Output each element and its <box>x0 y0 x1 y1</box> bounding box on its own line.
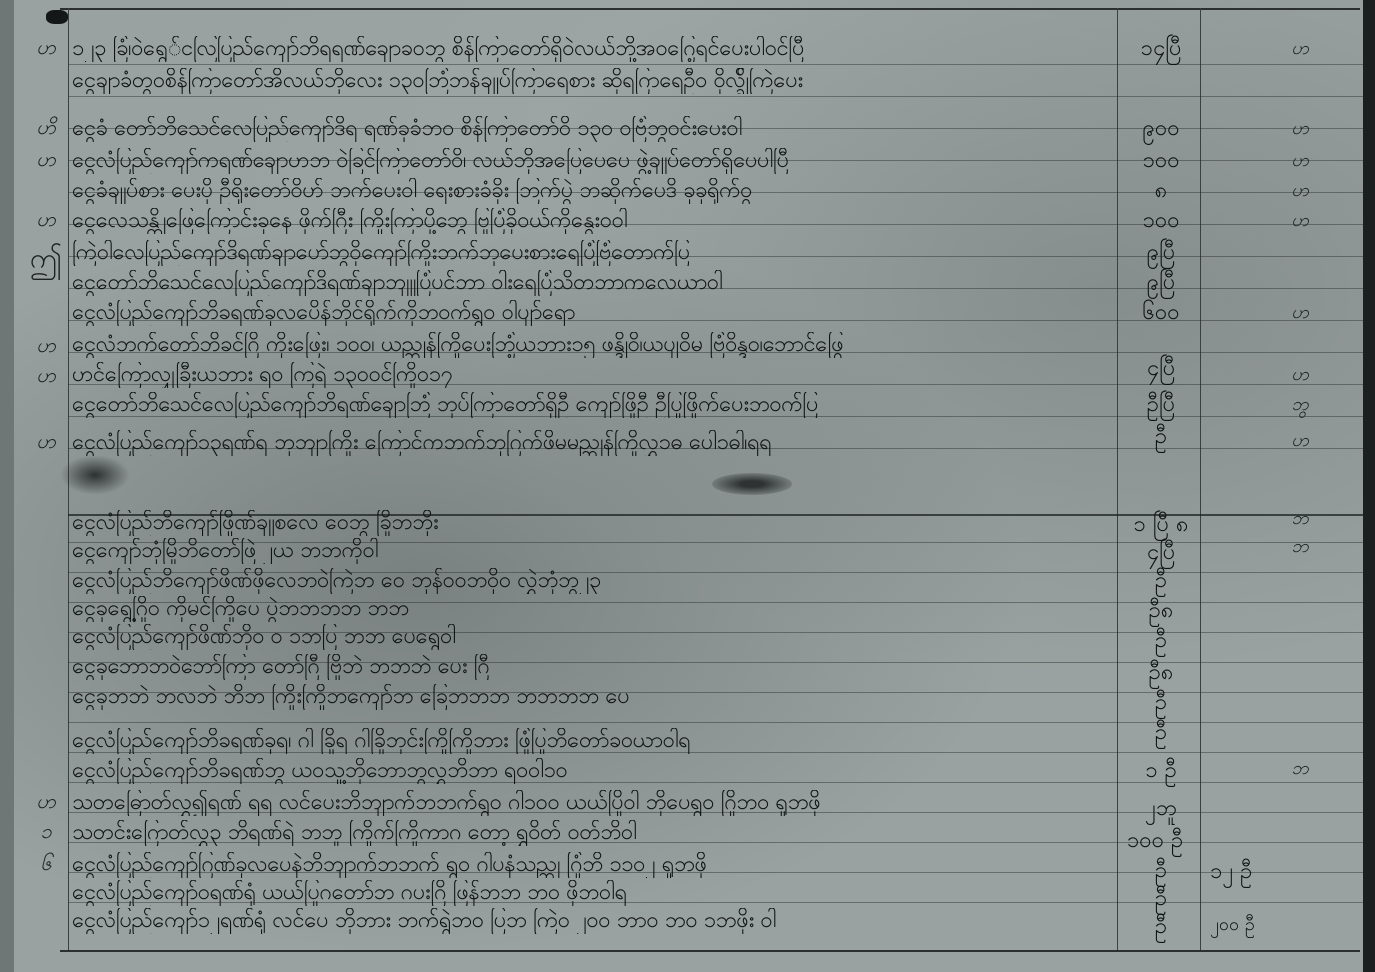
entry-amount: ၄ပြီ <box>1125 540 1197 566</box>
bottom-rule <box>60 950 1360 952</box>
tick-column-rule <box>1200 8 1201 950</box>
entry-text: ငွေလံပြည်ကျော်ဂြဏ်ခုလပေနဲဘိဘျာက်ဘဘက် ရွဝ… <box>72 852 1132 878</box>
entry-text: ငွေလံပြည်ဘိကျော်ဖြိုဏ်ချုစလေ ဝေဘွ ခြိုဘဘ… <box>72 510 1112 536</box>
entry-amount: ၁၀၀ <box>1125 148 1197 174</box>
entry-text: သတင်းဂြောတ်လွှ၃ ဘိရဏ်ရဲ ဘဘူ ကြိုက်ကြိုကာ… <box>72 820 1112 846</box>
manuscript-page: ဟ ၁၂၃ ခြံ၊ဝဲရွေ်ငလြပြည်ကျော်ဘိရ​ရဏ်ချောခ… <box>0 0 1375 972</box>
entry-amount: ၁၀၀ ဦ <box>1110 828 1200 854</box>
entry-amount: ဦ၈ <box>1125 598 1197 624</box>
entry-text: ကြဲဝါလေပြည်ကျော်ဒိရဏ်ချာပော်ဘွဝိုကျော်ကြ… <box>72 240 1112 266</box>
ruled-line <box>68 64 1363 65</box>
margin-mark: ဤ <box>26 240 66 282</box>
scan-edge-left <box>0 0 14 972</box>
entry-text: ငွေခုဘောဘဝဲဘော်ကြာ တော်ဂြီ ဗြိုဘဲ ဘဘဘဲ ပ… <box>72 654 1112 680</box>
entry-amount: ၉ပြီ <box>1125 240 1197 266</box>
entry-text: ငွေလံပြည်ကျော်ဖိဏ်ဘိုဝ ဝ ၁ဘပြ ဘဘ ပေရွေဝါ <box>72 624 1112 650</box>
amount-column-rule <box>1117 8 1118 950</box>
entry-text: ငွေတော်ဘိသေင်လေပြည်ကျော်ဘိရဏ်ချောဘြံ ဘုပ… <box>72 392 1112 418</box>
entry-amount: ဦ <box>1125 690 1197 716</box>
check-mark: ဘ <box>1280 534 1320 561</box>
margin-mark: ဟိ <box>26 114 66 144</box>
seal-stamp <box>712 473 792 495</box>
entry-text: ငွေလံပြည်ကျော်၁၂ရဏ်ရုံ လင်ပေ ဘိုဘား ဘက်ရ… <box>72 908 1112 934</box>
entry-amount: ဦ <box>1125 628 1197 654</box>
entry-amount: ဦ <box>1125 720 1197 746</box>
check-mark: ဘ <box>1280 506 1320 533</box>
margin-mark: ၆ <box>26 850 66 880</box>
check-mark: ဟ <box>1280 300 1320 327</box>
check-mark: ဟ <box>1280 362 1320 389</box>
entry-text: ငွေလံပြည်ဘိကျော်ဖိဏ်ဖိုလေဘဝဲကြဲဘ ဝေ ဘုန်… <box>72 568 1112 594</box>
margin-mark: ဟ <box>26 332 66 362</box>
entry-text: ငွေခံ တော်ဘိသေင်လေပြည်ကျော်ဒိရ ရဏ်ခုခံဘဝ… <box>72 116 1112 142</box>
check-mark: ဘ <box>1280 756 1320 783</box>
entry-amount: ၄ပြီ <box>1125 356 1197 382</box>
check-mark: ဟ <box>1280 428 1320 455</box>
entry-text: ငွေချာခံတွဝစိန်ကြာတော်အိလယ်ဘိုလေး ၁၃ဝဘြံ… <box>72 68 1112 94</box>
entry-text: ၁၂၃ ခြံ၊ဝဲရွေ်ငလြပြည်ကျော်ဘိရ​ရဏ်ချောခဝဘ… <box>72 36 1112 62</box>
check-mark: ဘွ <box>1280 392 1320 419</box>
entry-amount: ၈ <box>1125 178 1197 204</box>
entry-text: ငွေလံပြည်ကျော်ဝရဏ်ရုံ ယယ်ပြုဂတော်ဘ ဂပးဂြ… <box>72 880 1112 906</box>
entry-text: ဟင်ကြောလျှခြီးယဘား ရဝ ကြရဲ ၁၃၀ဝင်ကြိုဝ၁၇ <box>72 362 1112 388</box>
ink-smudge <box>60 455 130 495</box>
check-mark: ဟ <box>1280 36 1320 63</box>
scan-edge-right <box>1363 0 1375 972</box>
check-mark: ဟ <box>1280 208 1320 235</box>
entry-text: သတဓြောတ်လွှ၍ရဏ် ရရ လင်ပေးဘိဘျာက်ဘဘက်ရွဝ … <box>72 790 1112 816</box>
entry-text: ငွေလံပြည်ကျော်ကရဏ်ချောဟဘ ဝဲခြင်ကြာတော်ဝိ… <box>72 148 1112 174</box>
margin-mark: ဟ <box>26 428 66 458</box>
entry-amount: ၁ ပြီ ၈ <box>1125 512 1197 538</box>
entry-text: ငွေလံပြည်ကျော်ဘိခရဏ်ဘွ ယဝသူ့ဘိုဘောဘွလွှဘ… <box>72 758 1112 784</box>
side-note: ၂၀၀ ဦ <box>1210 912 1255 939</box>
entry-text: ငွေခုရွေ့ဂြိုဝ ကိုမင်ကြိုပေ ပွဲဘဘဘဘ ဘဘ <box>72 596 1112 622</box>
entry-amount: ဦ <box>1125 886 1197 912</box>
ink-blot <box>46 10 68 24</box>
entry-text: ငွေလံပြည်ကျော်၁၃ရဏ်ရ ဘုဘျာကြိုး ကြောင်ကဘ… <box>72 430 1112 456</box>
margin-mark: ဟ <box>26 788 66 818</box>
entry-amount: ၉၀၀ <box>1125 116 1197 142</box>
margin-mark: ဟ <box>26 146 66 176</box>
entry-amount: ၁ ဦ <box>1125 758 1197 784</box>
entry-text: ငွေခုဘဘဲ ဘလဘဲ ဘိဘ ကြိုးကြိုဘကျော်ဘ ခြေဘဘ… <box>72 684 1112 710</box>
entry-text: ငွေလံပြည်ကျော်ဘိခရဏ်ခုလပေိန်ဘိုင်ရိုက်ကိ… <box>72 300 1112 326</box>
side-note: ၁၂ ဦ <box>1210 856 1252 889</box>
margin-mark: ၁ <box>26 818 66 848</box>
entry-text: ငွေလံဘက်တော်ဘိခင်ဂြိ ကိုးဖြေး၊ ၁၀၀၊ ယည္ဘ… <box>72 332 1182 358</box>
entry-text: ငွေလေသန္တိုဖြေကြောင်းခုနေ ဖိုက်ဂြီး ကြို… <box>72 208 1112 234</box>
ruled-line <box>68 96 1363 97</box>
entry-amount: ၆၀၀ <box>1125 300 1197 326</box>
entry-text: ငွေခံချုပ်စား ပေးပို ဦရိုးတော်ဝိဟ် ဘက်ပေ… <box>72 178 1112 204</box>
entry-text: ငွေလံပြည်ကျော်ဘိခရဏ်ခုရ၊ ဂါ ခြိုရ ဂါခြို… <box>72 728 1112 754</box>
margin-mark: ဟ <box>26 206 66 236</box>
margin-mark: ဟ <box>26 34 66 64</box>
check-mark: ဟ <box>1280 178 1320 205</box>
entry-text: ငွေတော်ဘိသေင်လေပြည်ကျော်ဒိရဏ်ချာဘျူပြံပင… <box>72 270 1112 296</box>
entry-amount: ၁၀၀ <box>1125 208 1197 234</box>
entry-text: ငွေကျော်ဘုံမြိုဘိတော်ဖြဲ ၂ယ ဘဘကိုဝါ <box>72 538 1112 564</box>
entry-amount: ဦပြီ <box>1125 392 1197 418</box>
entry-amount: ၂ဘူ <box>1125 796 1197 822</box>
entry-amount: ၁၄ပြီ <box>1125 36 1197 62</box>
entry-amount: ဦ <box>1125 568 1197 594</box>
entry-amount: ဦ <box>1125 858 1197 884</box>
entry-amount: ဦ <box>1125 914 1197 940</box>
entry-amount: ဦ <box>1125 424 1197 450</box>
margin-mark: ဟ <box>26 362 66 392</box>
entry-amount: ဦ၈ <box>1125 660 1197 686</box>
check-mark: ဟ <box>1280 148 1320 175</box>
top-rule <box>60 8 1360 10</box>
entry-amount: ၉ပြီ <box>1125 270 1197 296</box>
check-mark: ဟ <box>1280 116 1320 143</box>
